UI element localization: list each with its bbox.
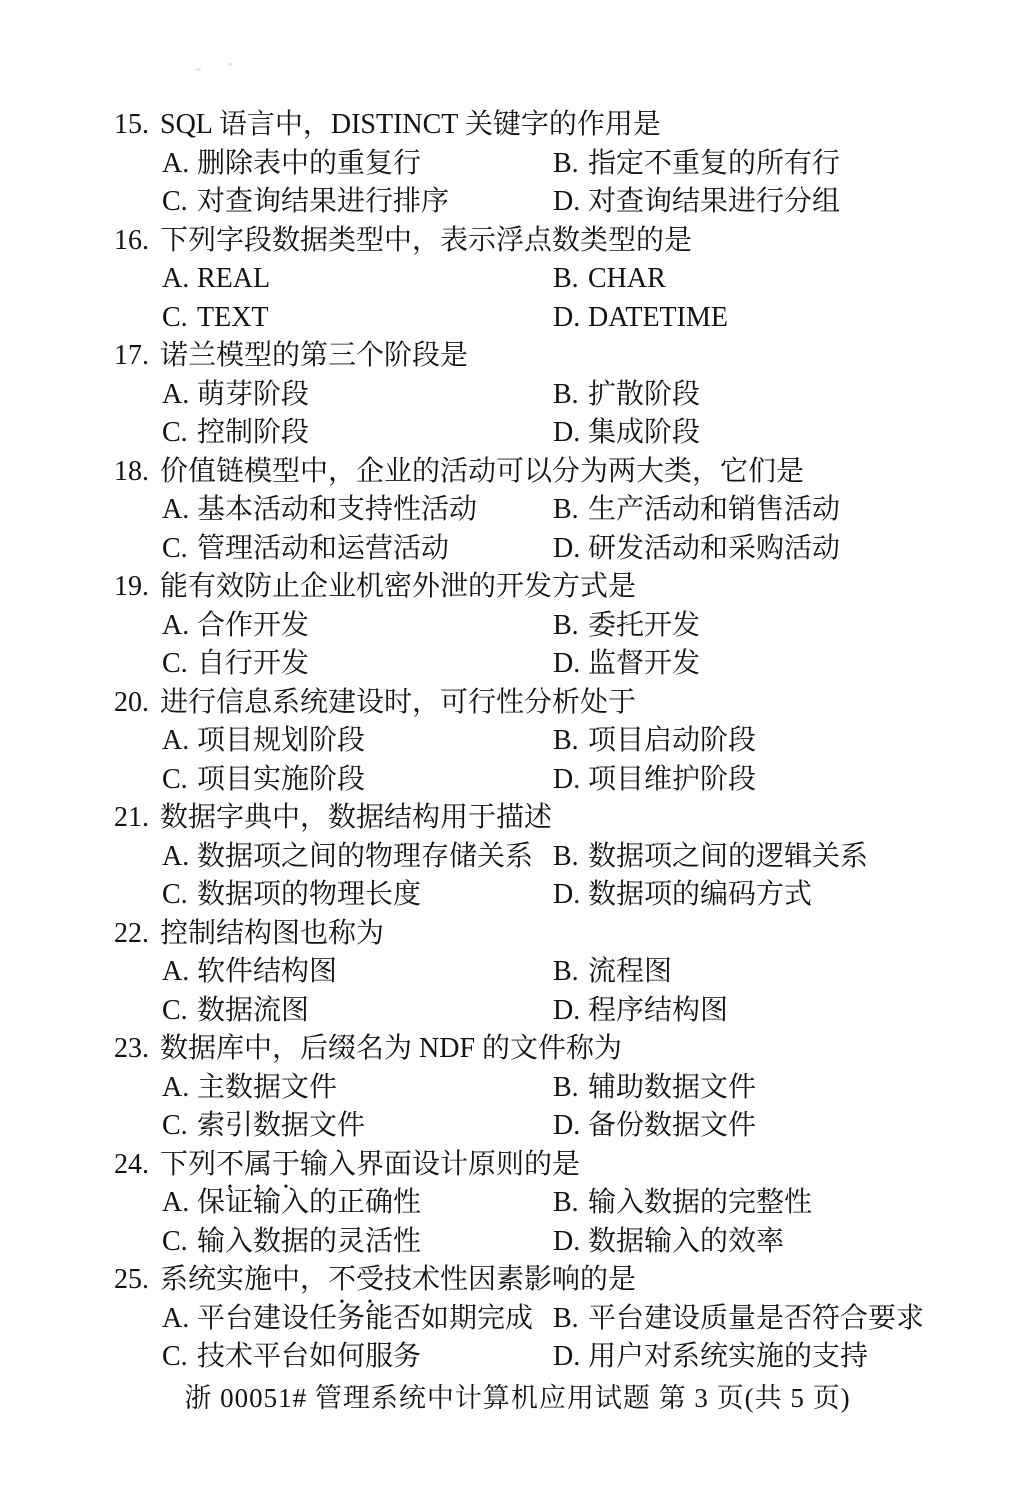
option-label: B. [553, 722, 588, 761]
option-row: A.平台建设任务能否如期完成B.平台建设质量是否符合要求 [0, 1300, 1035, 1339]
option: B.CHAR [553, 260, 666, 299]
option: A.主数据文件 [162, 1069, 337, 1108]
option-label: B. [553, 1184, 588, 1223]
option-label: B. [553, 145, 588, 184]
option: C.管理活动和运营活动 [162, 530, 449, 569]
question-item: 23.数据库中，后缀名为 NDF 的文件称为A.主数据文件B.辅助数据文件C.索… [0, 1030, 1035, 1146]
scan-speck [196, 68, 201, 71]
question-number: 21. [114, 799, 160, 838]
option-label: D. [553, 876, 588, 915]
question-number: 20. [114, 684, 160, 723]
option-text: 输入数据的灵活性 [197, 1226, 421, 1257]
option-text: 控制阶段 [197, 417, 309, 448]
option: C.TEXT [162, 299, 269, 338]
option: B.流程图 [553, 953, 672, 992]
option-text: 备份数据文件 [588, 1110, 756, 1141]
question-stem-text: 技术性因素影响的是 [384, 1264, 636, 1295]
question-number: 23. [114, 1030, 160, 1069]
option-label: D. [553, 761, 588, 800]
option-text: CHAR [588, 263, 666, 294]
option-row: A.主数据文件B.辅助数据文件 [0, 1069, 1035, 1108]
option: A.萌芽阶段 [162, 376, 309, 415]
option-label: C. [162, 530, 197, 569]
option: D.数据输入的效率 [553, 1223, 784, 1262]
question-item: 17.诺兰模型的第三个阶段是A.萌芽阶段B.扩散阶段C.控制阶段D.集成阶段 [0, 337, 1035, 453]
option: D.DATETIME [553, 299, 728, 338]
option: A.数据项之间的物理存储关系 [162, 838, 533, 877]
option-row: A.项目规划阶段B.项目启动阶段 [0, 722, 1035, 761]
option-label: D. [553, 1223, 588, 1262]
question-stem-text: 数据字典中，数据结构用于描述 [160, 802, 552, 833]
option-label: A. [162, 607, 197, 646]
option-text: 程序结构图 [588, 995, 728, 1026]
option: B.委托开发 [553, 607, 700, 646]
option-text: DATETIME [588, 302, 728, 333]
question-item: 18.价值链模型中，企业的活动可以分为两大类，它们是A.基本活动和支持性活动B.… [0, 453, 1035, 569]
option-row: C.数据流图D.程序结构图 [0, 992, 1035, 1031]
option-label: B. [553, 1300, 588, 1339]
question-stem-text: 诺兰模型的第三个阶段是 [160, 340, 468, 371]
question-number: 15. [114, 106, 160, 145]
question-stem-row: 20.进行信息系统建设时，可行性分析处于 [0, 684, 1035, 723]
option-label: B. [553, 838, 588, 877]
option: B.平台建设质量是否符合要求 [553, 1300, 924, 1339]
option-text: 索引数据文件 [197, 1110, 365, 1141]
option-text: 保证输入的正确性 [197, 1187, 421, 1218]
option-label: B. [553, 1069, 588, 1108]
option: B.数据项之间的逻辑关系 [553, 838, 868, 877]
option-row: A.软件结构图B.流程图 [0, 953, 1035, 992]
option-label: D. [553, 414, 588, 453]
option-text: 数据项的物理长度 [197, 879, 421, 910]
option-text: 数据输入的效率 [588, 1226, 784, 1257]
option-label: B. [553, 376, 588, 415]
option-label: C. [162, 1107, 197, 1146]
option-label: A. [162, 953, 197, 992]
option: A.软件结构图 [162, 953, 337, 992]
option-label: A. [162, 260, 197, 299]
option-label: C. [162, 299, 197, 338]
option-row: A.数据项之间的物理存储关系B.数据项之间的逻辑关系 [0, 838, 1035, 877]
option-text: 自行开发 [197, 648, 309, 679]
option-text: REAL [197, 263, 270, 294]
option-text: 对查询结果进行分组 [588, 186, 840, 217]
question-stem-text: 进行信息系统建设时，可行性分析处于 [160, 687, 636, 718]
option-text: 项目维护阶段 [588, 764, 756, 795]
option-row: C.输入数据的灵活性D.数据输入的效率 [0, 1223, 1035, 1262]
question-item: 25.系统实施中，不受技术性因素影响的是A.平台建设任务能否如期完成B.平台建设… [0, 1261, 1035, 1377]
option: D.备份数据文件 [553, 1107, 756, 1146]
option-text: 数据项之间的物理存储关系 [197, 841, 533, 872]
question-item: 16.下列字段数据类型中，表示浮点数类型的是A.REALB.CHARC.TEXT… [0, 222, 1035, 338]
option-row: C.对查询结果进行排序D.对查询结果进行分组 [0, 183, 1035, 222]
question-number: 24. [114, 1146, 160, 1185]
question-stem-row: 23.数据库中，后缀名为 NDF 的文件称为 [0, 1030, 1035, 1069]
question-item: 24.下列不属于输入界面设计原则的是A.保证输入的正确性B.输入数据的完整性C.… [0, 1146, 1035, 1262]
option-label: C. [162, 1223, 197, 1262]
option-text: 平台建设质量是否符合要求 [588, 1303, 924, 1334]
option-label: A. [162, 722, 197, 761]
option-row: C.自行开发D.监督开发 [0, 645, 1035, 684]
option-row: A.萌芽阶段B.扩散阶段 [0, 376, 1035, 415]
question-number: 19. [114, 568, 160, 607]
option-label: D. [553, 1338, 588, 1377]
option: D.程序结构图 [553, 992, 728, 1031]
question-stem-row: 25.系统实施中，不受技术性因素影响的是 [0, 1261, 1035, 1300]
option-text: 主数据文件 [197, 1072, 337, 1103]
option: D.对查询结果进行分组 [553, 183, 840, 222]
option: C.对查询结果进行排序 [162, 183, 449, 222]
question-stem-text: 下列字段数据类型中，表示浮点数类型的是 [160, 225, 692, 256]
option-label: C. [162, 761, 197, 800]
option-label: D. [553, 183, 588, 222]
option-text: 项目实施阶段 [197, 764, 365, 795]
option: A.项目规划阶段 [162, 722, 365, 761]
option: C.控制阶段 [162, 414, 309, 453]
question-item: 15.SQL 语言中，DISTINCT 关键字的作用是A.删除表中的重复行B.指… [0, 106, 1035, 222]
option: B.生产活动和销售活动 [553, 491, 840, 530]
option-text: 数据项之间的逻辑关系 [588, 841, 868, 872]
option-label: A. [162, 145, 197, 184]
question-stem-row: 19.能有效防止企业机密外泄的开发方式是 [0, 568, 1035, 607]
question-list: 15.SQL 语言中，DISTINCT 关键字的作用是A.删除表中的重复行B.指… [0, 0, 1035, 1377]
option-label: A. [162, 1069, 197, 1108]
option-text: 数据项的编码方式 [588, 879, 812, 910]
option-label: C. [162, 1338, 197, 1377]
option-text: TEXT [197, 302, 269, 333]
option-label: A. [162, 838, 197, 877]
option-text: 基本活动和支持性活动 [197, 494, 477, 525]
option-row: A.合作开发B.委托开发 [0, 607, 1035, 646]
option-text: 输入数据的完整性 [588, 1187, 812, 1218]
option: A.保证输入的正确性 [162, 1184, 421, 1223]
option-text: 技术平台如何服务 [197, 1341, 421, 1372]
option-text: 指定不重复的所有行 [588, 148, 840, 179]
question-stem-row: 16.下列字段数据类型中，表示浮点数类型的是 [0, 222, 1035, 261]
option: C.输入数据的灵活性 [162, 1223, 421, 1262]
option-label: B. [553, 491, 588, 530]
option-label: B. [553, 953, 588, 992]
question-stem-text: 能有效防止企业机密外泄的开发方式是 [160, 571, 636, 602]
option: C.数据流图 [162, 992, 309, 1031]
option-label: C. [162, 183, 197, 222]
option-row: A.删除表中的重复行B.指定不重复的所有行 [0, 145, 1035, 184]
option: A.基本活动和支持性活动 [162, 491, 477, 530]
option: D.用户对系统实施的支持 [553, 1338, 868, 1377]
question-stem-row: 17.诺兰模型的第三个阶段是 [0, 337, 1035, 376]
scan-speck [228, 63, 232, 66]
question-item: 19.能有效防止企业机密外泄的开发方式是A.合作开发B.委托开发C.自行开发D.… [0, 568, 1035, 684]
question-number: 22. [114, 915, 160, 954]
option-row: C.管理活动和运营活动D.研发活动和采购活动 [0, 530, 1035, 569]
option-text: 流程图 [588, 956, 672, 987]
option: D.项目维护阶段 [553, 761, 756, 800]
option-text: 数据流图 [197, 995, 309, 1026]
option-label: D. [553, 1107, 588, 1146]
question-stem-row: 21.数据字典中，数据结构用于描述 [0, 799, 1035, 838]
option: D.集成阶段 [553, 414, 700, 453]
option: A.删除表中的重复行 [162, 145, 421, 184]
option: B.辅助数据文件 [553, 1069, 756, 1108]
question-number: 17. [114, 337, 160, 376]
option-row: C.TEXTD.DATETIME [0, 299, 1035, 338]
option-label: C. [162, 876, 197, 915]
question-item: 20.进行信息系统建设时，可行性分析处于A.项目规划阶段B.项目启动阶段C.项目… [0, 684, 1035, 800]
option: B.指定不重复的所有行 [553, 145, 840, 184]
option: C.项目实施阶段 [162, 761, 365, 800]
option-text: 项目规划阶段 [197, 725, 365, 756]
option-text: 合作开发 [197, 610, 309, 641]
question-stem-text: 控制结构图也称为 [160, 918, 384, 949]
question-stem-row: 24.下列不属于输入界面设计原则的是 [0, 1146, 1035, 1185]
option-label: D. [553, 299, 588, 338]
question-number: 16. [114, 222, 160, 261]
option: B.输入数据的完整性 [553, 1184, 812, 1223]
option: D.数据项的编码方式 [553, 876, 812, 915]
option-text: 研发活动和采购活动 [588, 533, 840, 564]
page-footer: 浙 00051# 管理系统中计算机应用试题 第 3 页(共 5 页) [0, 1379, 1035, 1417]
question-stem-text: 不属于 [216, 1149, 300, 1180]
option-text: 集成阶段 [588, 417, 700, 448]
option-label: C. [162, 992, 197, 1031]
question-item: 21.数据字典中，数据结构用于描述A.数据项之间的物理存储关系B.数据项之间的逻… [0, 799, 1035, 915]
option-label: C. [162, 645, 197, 684]
option-text: 软件结构图 [197, 956, 337, 987]
option-text: 用户对系统实施的支持 [588, 1341, 868, 1372]
option-label: D. [553, 645, 588, 684]
option-text: 扩散阶段 [588, 379, 700, 410]
question-stem-text: SQL 语言中，DISTINCT 关键字的作用是 [160, 109, 661, 140]
question-number: 18. [114, 453, 160, 492]
option: C.技术平台如何服务 [162, 1338, 421, 1377]
option-row: A.基本活动和支持性活动B.生产活动和销售活动 [0, 491, 1035, 530]
question-stem-row: 18.价值链模型中，企业的活动可以分为两大类，它们是 [0, 453, 1035, 492]
question-stem-row: 15.SQL 语言中，DISTINCT 关键字的作用是 [0, 106, 1035, 145]
question-stem-text: 数据库中，后缀名为 NDF 的文件称为 [160, 1033, 622, 1064]
option-label: C. [162, 414, 197, 453]
question-stem-text: 价值链模型中，企业的活动可以分为两大类，它们是 [160, 456, 804, 487]
option-row: C.技术平台如何服务D.用户对系统实施的支持 [0, 1338, 1035, 1377]
option-label: B. [553, 260, 588, 299]
option: C.自行开发 [162, 645, 309, 684]
option-row: C.控制阶段D.集成阶段 [0, 414, 1035, 453]
option-label: B. [553, 607, 588, 646]
option: B.扩散阶段 [553, 376, 700, 415]
option-label: D. [553, 530, 588, 569]
option-text: 萌芽阶段 [197, 379, 309, 410]
option-text: 监督开发 [588, 648, 700, 679]
question-stem-text: 输入界面设计原则的是 [300, 1149, 580, 1180]
question-number: 25. [114, 1261, 160, 1300]
option-label: D. [553, 992, 588, 1031]
option-row: A.保证输入的正确性B.输入数据的完整性 [0, 1184, 1035, 1223]
question-stem-text: 下列 [160, 1149, 216, 1180]
option: C.数据项的物理长度 [162, 876, 421, 915]
option-label: A. [162, 1300, 197, 1339]
option-text: 对查询结果进行排序 [197, 186, 449, 217]
option-row: C.数据项的物理长度D.数据项的编码方式 [0, 876, 1035, 915]
question-stem-text: 不受 [328, 1264, 384, 1295]
option: C.索引数据文件 [162, 1107, 365, 1146]
option: D.监督开发 [553, 645, 700, 684]
question-stem-text: 系统实施中， [160, 1264, 328, 1295]
option-row: C.索引数据文件D.备份数据文件 [0, 1107, 1035, 1146]
question-stem-row: 22.控制结构图也称为 [0, 915, 1035, 954]
option-row: A.REALB.CHAR [0, 260, 1035, 299]
option-text: 委托开发 [588, 610, 700, 641]
option: B.项目启动阶段 [553, 722, 756, 761]
exam-page: 15.SQL 语言中，DISTINCT 关键字的作用是A.删除表中的重复行B.指… [0, 0, 1035, 1488]
option-text: 生产活动和销售活动 [588, 494, 840, 525]
option: A.REAL [162, 260, 270, 299]
option-label: A. [162, 376, 197, 415]
option-label: A. [162, 491, 197, 530]
option-text: 辅助数据文件 [588, 1072, 756, 1103]
option-text: 删除表中的重复行 [197, 148, 421, 179]
question-item: 22.控制结构图也称为A.软件结构图B.流程图C.数据流图D.程序结构图 [0, 915, 1035, 1031]
option-text: 项目启动阶段 [588, 725, 756, 756]
option-text: 管理活动和运营活动 [197, 533, 449, 564]
option: A.平台建设任务能否如期完成 [162, 1300, 533, 1339]
option: A.合作开发 [162, 607, 309, 646]
option-label: A. [162, 1184, 197, 1223]
option-text: 平台建设任务能否如期完成 [197, 1303, 533, 1334]
option: D.研发活动和采购活动 [553, 530, 840, 569]
option-row: C.项目实施阶段D.项目维护阶段 [0, 761, 1035, 800]
